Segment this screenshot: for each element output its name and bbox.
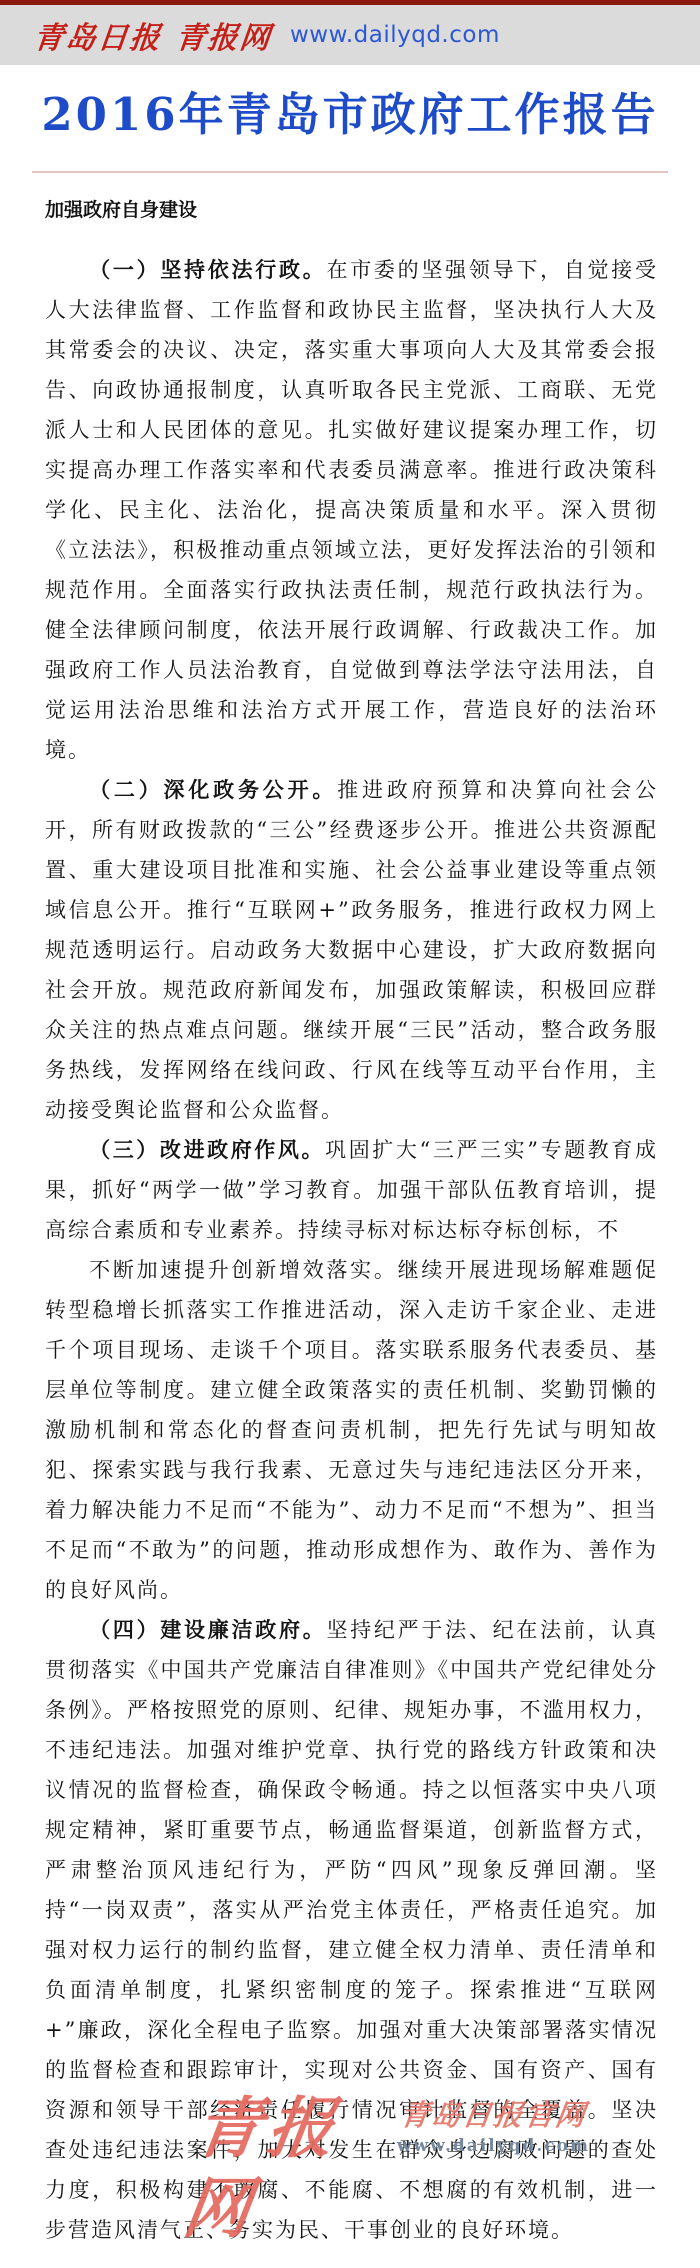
article-page: 青岛日报 青报网 www.dailyqd.com 2016年青岛市政府工作报告 … [0, 0, 700, 2268]
title-area: 2016年青岛市政府工作报告 [0, 65, 700, 143]
paragraph-2: （二）深化政务公开。推进政府预算和决算向社会公开，所有财政拨款的“三公”经费逐步… [45, 770, 658, 1130]
title-divider [32, 171, 668, 173]
footer-site-url: www.dailyqd.com [397, 2136, 590, 2156]
paragraph-2-lead: （二）深化政务公开。 [89, 777, 337, 802]
section-heading: 加强政府自身建设 [45, 195, 700, 222]
footer-qingbao-net-logo: 青报网 [179, 2088, 398, 2248]
paragraph-1: （一）坚持依法行政。在市委的坚强领导下，自觉接受人大法律监督、工作监督和政协民主… [45, 250, 658, 770]
paragraph-1-text: 在市委的坚强领导下，自觉接受人大法律监督、工作监督和政协民主监督，坚决执行人大及… [45, 258, 658, 762]
paragraph-4: 不断加速提升创新增效落实。继续开展进现场解难题促转型稳增长抓落实工作推进活动，深… [45, 1250, 658, 1610]
page-title: 2016年青岛市政府工作报告 [20, 87, 680, 143]
site-header: 青岛日报 青报网 www.dailyqd.com [0, 5, 700, 65]
footer-official-site-logo: 青岛日报官网 [394, 2096, 593, 2134]
paragraph-3: （三）改进政府作风。巩固扩大“三严三实”专题教育成果，抓好“两学一做”学习教育。… [45, 1130, 658, 1250]
footer-logo-right: 青岛日报官网 www.dailyqd.com [397, 2096, 590, 2156]
paragraph-3-lead: （三）改进政府作风。 [89, 1137, 325, 1162]
paragraph-4-text: 不断加速提升创新增效落实。继续开展进现场解难题促转型稳增长抓落实工作推进活动，深… [45, 1258, 658, 1602]
paragraph-2-text: 推进政府预算和决算向社会公开，所有财政拨款的“三公”经费逐步公开。推进公共资源配… [45, 778, 658, 1122]
article-body: （一）坚持依法行政。在市委的坚强领导下，自觉接受人大法律监督、工作监督和政协民主… [45, 250, 658, 2250]
footer-watermark: 青报网 青岛日报官网 www.dailyqd.com [190, 2088, 590, 2248]
qingdao-daily-logo: 青岛日报 [32, 13, 165, 57]
qingbao-net-logo: 青报网 [174, 13, 275, 57]
paragraph-1-lead: （一）坚持依法行政。 [89, 257, 326, 282]
header-site-url-link[interactable]: www.dailyqd.com [290, 22, 500, 48]
paragraph-5-lead: （四）建设廉洁政府。 [89, 1617, 326, 1642]
